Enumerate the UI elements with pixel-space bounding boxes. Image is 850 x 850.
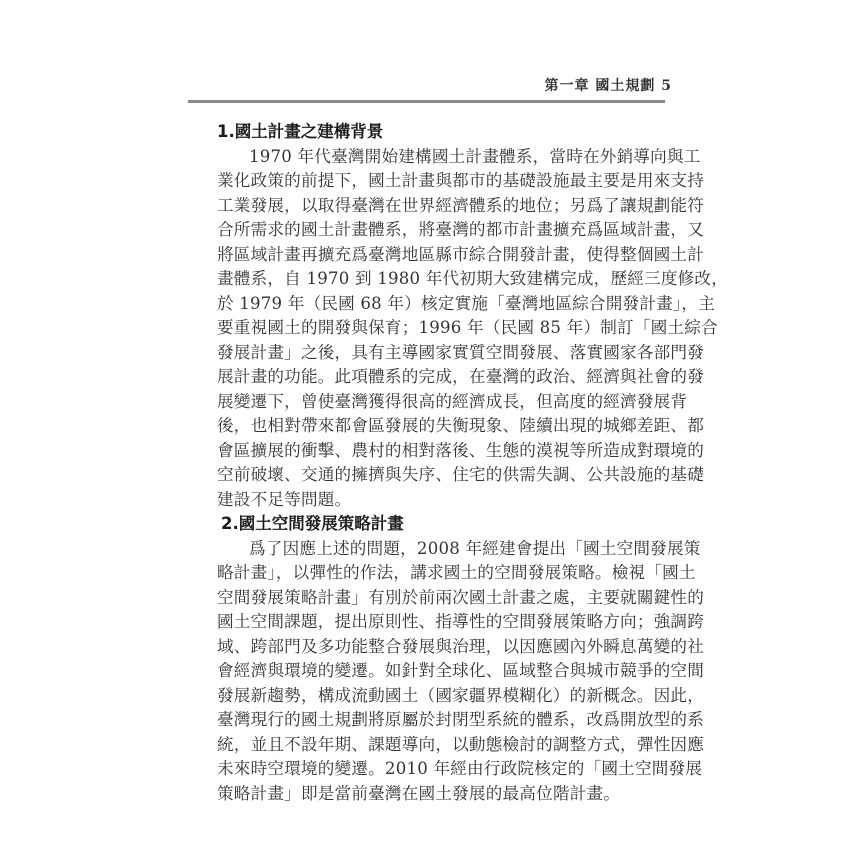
paragraph-line: 略計畫」，以彈性的作法，講求國土的空間發展策略。檢視「國土: [217, 561, 675, 586]
paragraph-line: 於 1979 年（民國 68 年）核定實施「臺灣地區綜合開發計畫」，主: [217, 292, 675, 317]
header-rule-divider: [188, 100, 665, 103]
paragraph-line: 未來時空環境的變遷。2010 年經由行政院核定的「國土空間發展: [217, 757, 675, 782]
paragraph-line: 展計畫的功能。此項體系的完成，在臺灣的政治、經濟與社會的發: [217, 365, 675, 390]
section-heading-2: 2.國土空間發展策略計畫: [221, 512, 675, 537]
section-heading-1: 1.國土計畫之建構背景: [217, 120, 675, 145]
paragraph-line: 域、跨部門及多功能整合發展與治理，以因應國內外瞬息萬變的社: [217, 635, 675, 660]
paragraph-line: 發展新趨勢，構成流動國土（國家疆界模糊化）的新概念。因此，: [217, 684, 675, 709]
paragraph-line: 展變遷下，曾使臺灣獲得很高的經濟成長，但高度的經濟發展背: [217, 390, 675, 415]
running-header: 第一章 國土規劃 5: [545, 75, 673, 95]
paragraph-line: 1970 年代臺灣開始建構國土計畫體系，當時在外銷導向與工: [217, 145, 675, 170]
paragraph-line: 發展計畫」之後，具有主導國家實質空間發展、落實國家各部門發: [217, 341, 675, 366]
page-content: 1.國土計畫之建構背景 1970 年代臺灣開始建構國土計畫體系，當時在外銷導向與…: [217, 120, 675, 806]
paragraph-line: 將區域計畫再擴充爲臺灣地區縣市綜合開發計畫，使得整個國土計: [217, 243, 675, 268]
paragraph-line: 空間發展策略計畫」有別於前兩次國土計畫之處，主要就關鍵性的: [217, 586, 675, 611]
paragraph-line: 要重視國土的開發與保育；1996 年（民國 85 年）制訂「國土綜合: [217, 316, 675, 341]
book-page: 第一章 國土規劃 5 1.國土計畫之建構背景 1970 年代臺灣開始建構國土計畫…: [0, 0, 850, 850]
paragraph-line: 後，也相對帶來都會區發展的失衡現象、陸續出現的城鄉差距、都: [217, 414, 675, 439]
paragraph-line: 國土空間課題，提出原則性、指導性的空間發展策略方向；強調跨: [217, 610, 675, 635]
paragraph-line: 會經濟與環境的變遷。如針對全球化、區域整合與城市競爭的空間: [217, 659, 675, 684]
paragraph-line: 畫體系，自 1970 到 1980 年代初期大致建構完成，歷經三度修改，: [217, 267, 675, 292]
section-1-paragraph: 1970 年代臺灣開始建構國土計畫體系，當時在外銷導向與工 業化政策的前提下，國…: [217, 145, 675, 513]
paragraph-line: 爲了因應上述的問題，2008 年經建會提出「國土空間發展策: [217, 537, 675, 562]
paragraph-line: 會區擴展的衝擊、農村的相對落後、生態的漠視等所造成對環境的: [217, 439, 675, 464]
paragraph-line: 業化政策的前提下，國土計畫與都市的基礎設施最主要是用來支持: [217, 169, 675, 194]
paragraph-line: 空前破壞、交通的擁擠與失序、住宅的供需失調、公共設施的基礎: [217, 463, 675, 488]
paragraph-line: 工業發展，以取得臺灣在世界經濟體系的地位；另爲了讓規劃能符: [217, 194, 675, 219]
paragraph-line: 合所需求的國土計畫體系，將臺灣的都市計畫擴充爲區域計畫，又: [217, 218, 675, 243]
paragraph-line: 建設不足等問題。: [217, 488, 675, 513]
section-2-paragraph: 爲了因應上述的問題，2008 年經建會提出「國土空間發展策 略計畫」，以彈性的作…: [217, 537, 675, 807]
paragraph-line: 臺灣現行的國土規劃將原屬於封閉型系統的體系，改爲開放型的系: [217, 708, 675, 733]
paragraph-line: 策略計畫」即是當前臺灣在國土發展的最高位階計畫。: [217, 782, 675, 807]
paragraph-line: 統，並且不設年期、課題導向，以動態檢討的調整方式，彈性因應: [217, 733, 675, 758]
